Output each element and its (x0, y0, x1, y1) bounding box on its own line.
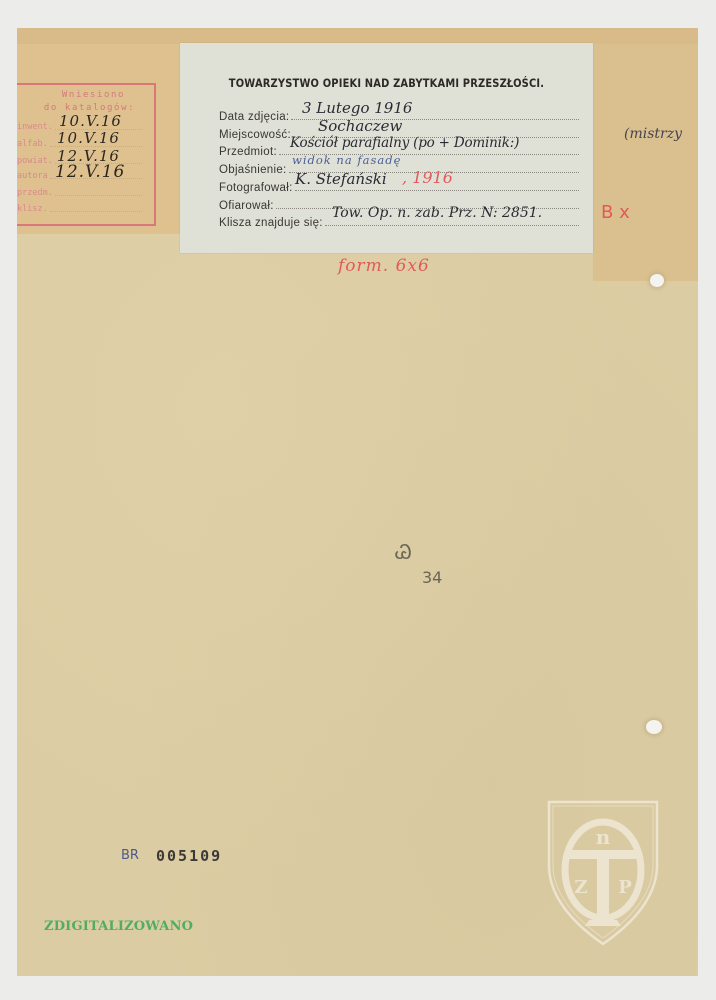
margin-note: (mistrzy (624, 126, 682, 142)
catalog-stamp: Wniesiono do katalogów: inwent. alfab. p… (17, 83, 156, 226)
plate-mark-red: B x (601, 202, 630, 223)
stamp-date-alfab: 10.V.16 (57, 129, 120, 147)
svg-text:Z: Z (574, 877, 587, 898)
card-title: TOWARZYSTWO OPIEKI NAD ZABYTKAMI PRZESZŁ… (209, 76, 564, 90)
svg-text:P: P (618, 877, 632, 898)
svg-text:n: n (596, 825, 611, 849)
stamp-date-autora: 12.V.16 (55, 162, 125, 182)
value-place: Sochaczew (318, 117, 402, 135)
stamp-row-label: przedm. (17, 188, 53, 198)
stamp-row-label: autora (17, 171, 48, 181)
stamp-row-klisz: klisz. (17, 200, 142, 214)
sheet-right-tint (593, 44, 698, 281)
stamp-row-label: powiat. (17, 156, 53, 166)
field-label: Objaśnienie: (219, 164, 287, 176)
digitized-stamp: ZDIGITALIZOWANO (44, 919, 193, 934)
field-label: Przedmiot: (219, 146, 277, 158)
value-year-red: , 1916 (402, 168, 453, 187)
punch-hole-top (650, 274, 664, 287)
label-card: TOWARZYSTWO OPIEKI NAD ZABYTKAMI PRZESZŁ… (180, 43, 593, 253)
archive-sheet: TOWARZYSTWO OPIEKI NAD ZABYTKAMI PRZESZŁ… (17, 28, 698, 976)
field-label: Fotografował: (219, 182, 293, 194)
field-label: Klisza znajduje się: (219, 217, 323, 229)
stamp-row-label: alfab. (17, 139, 48, 149)
value-description: widok na fasadę (292, 153, 401, 167)
value-plate-location: Tow. Op. n. zab. Prz. N: 2851. (332, 205, 542, 221)
stamp-heading: Wniesiono (25, 90, 162, 100)
pencil-symbol: Ꮚ (395, 540, 412, 564)
stamp-row-label: klisz. (17, 204, 48, 214)
field-label: Data zdjęcia: (219, 111, 289, 123)
inventory-prefix: BR (121, 848, 139, 863)
field-photographer: Fotografował: (219, 176, 579, 194)
stamp-row-label: inwent. (17, 122, 53, 132)
value-date: 3 Lutego 1916 (302, 99, 412, 117)
value-subject: Kościół parafialny (po + Dominik:) (290, 135, 519, 151)
pencil-number: 34 (422, 568, 442, 587)
value-photographer: K. Stefański (295, 170, 387, 188)
punch-hole-bottom (646, 720, 662, 734)
society-emblem-icon: n Z P (545, 798, 661, 948)
stamp-row-przedm: przedm. (17, 184, 142, 198)
inventory-number: 005109 (156, 847, 222, 865)
format-note: form. 6x6 (338, 256, 430, 276)
stamp-date-inwent: 10.V.16 (59, 112, 122, 130)
